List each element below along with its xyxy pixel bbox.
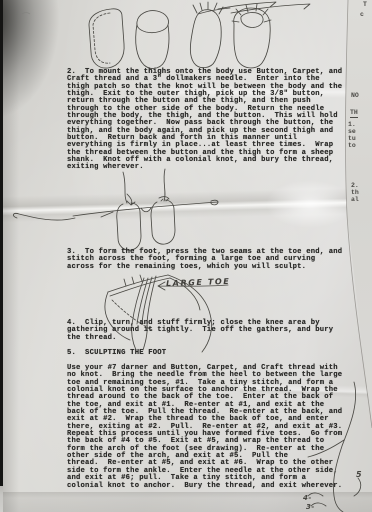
scanned-instruction-page: T c NO TH 1. se tu to 2. th al 2 — [0, 0, 372, 512]
adjacent-page-fragment: th — [351, 189, 359, 196]
step-5-heading: 5. SCULPTING THE FOOT — [67, 350, 166, 357]
adjacent-page-fragment: TH — [350, 109, 358, 118]
adjacent-page-fragment: NO — [351, 92, 359, 99]
thigh-patterns-sketch — [58, 0, 336, 76]
paper-crease — [262, 178, 358, 230]
step-4-paragraph: 4. Clip, turn, and stuff firmly; close t… — [67, 320, 333, 342]
thigh-attachment-sketch — [5, 168, 237, 258]
adjacent-page-fragment: al — [351, 196, 359, 203]
step-2-paragraph: 2. To mount the thighs onto the body use… — [67, 69, 342, 172]
scan-corner-shadow — [0, 0, 60, 120]
adjacent-page-fragment: to — [348, 142, 356, 149]
adjacent-page-fragment: se — [348, 128, 356, 135]
adjacent-page-fragment: 2. — [351, 182, 359, 189]
adjacent-page-fragment: tu — [348, 135, 356, 142]
adjacent-page-fragment: 1. — [348, 121, 356, 128]
page-sheet: 2. To mount the thighs onto the body use… — [0, 0, 372, 512]
adjacent-page-fragment: c — [360, 11, 364, 18]
foot-margin-sketch — [298, 378, 372, 512]
adjacent-page-fragment: T — [363, 1, 367, 8]
